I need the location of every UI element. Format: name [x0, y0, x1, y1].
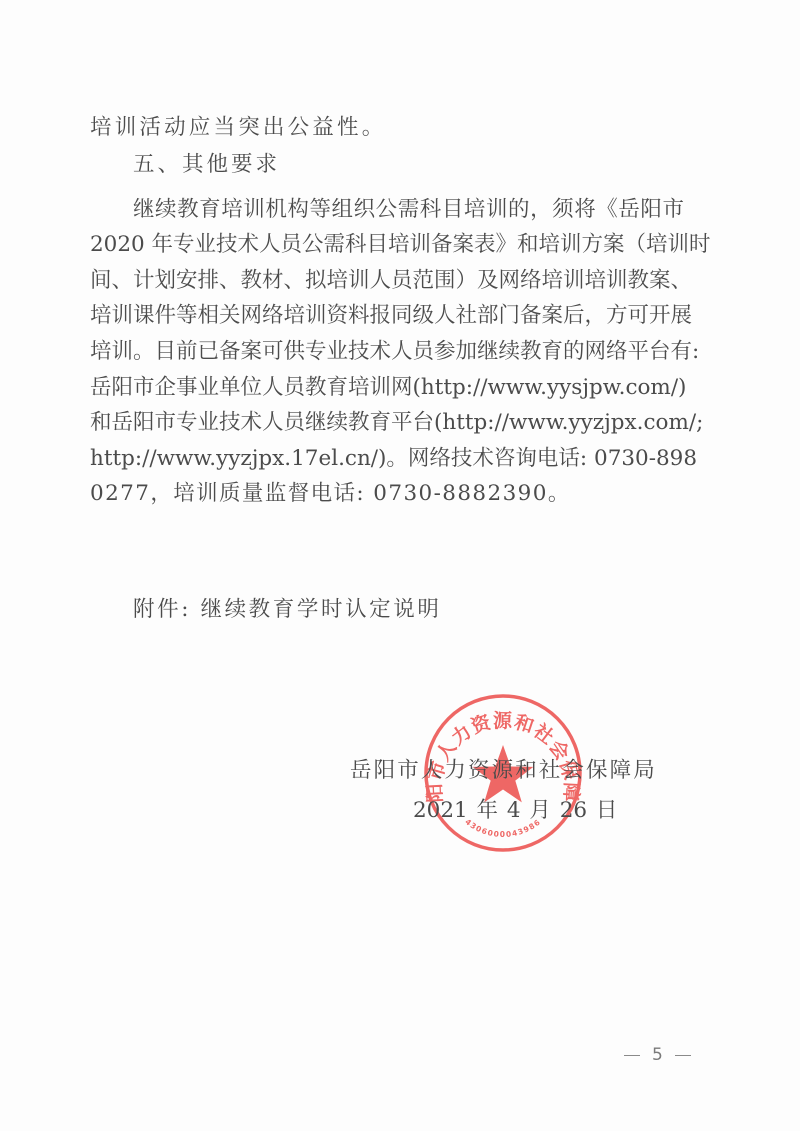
body-line: 和岳阳市专业技术人员继续教育平台(http://www.yyzjpx.com/; — [90, 409, 684, 437]
body-line: 0277，培训质量监督电话: 0730-8882390。 — [90, 480, 684, 508]
dash-icon — [675, 1055, 691, 1056]
body-line: 继续教育培训机构等组织公需科目培训的，须将《岳阳市 — [133, 196, 684, 224]
dash-icon — [624, 1055, 640, 1056]
paragraph-tail: 培训活动应当突出公益性。 — [90, 114, 684, 142]
issue-date: 2021 年 4 月 26 日 — [413, 797, 617, 825]
page-number-value: 5 — [652, 1045, 663, 1065]
body-line: 间、计划安排、教材、拟培训人员范围）及网络培训培训教案、 — [90, 267, 684, 295]
body-line: 培训。目前已备案可供专业技术人员参加继续教育的网络平台有: — [90, 338, 684, 366]
body-line: http://www.yyzjpx.17el.cn/)。网络技术咨询电话: 07… — [90, 445, 684, 473]
document-page: 培训活动应当突出公益性。 五、其他要求 继续教育培训机构等组织公需科目培训的，须… — [0, 0, 800, 1131]
body-line: 2020 年专业技术人员公需科目培训备案表》和培训方案（培训时 — [90, 231, 684, 259]
page-number: 5 — [612, 1043, 703, 1067]
issuing-organization: 岳阳市人力资源和社会保障局 — [350, 757, 657, 785]
body-line: 培训课件等相关网络培训资料报同级人社部门备案后，方可开展 — [90, 302, 684, 330]
attachment-note: 附件: 继续教育学时认定说明 — [133, 596, 441, 624]
section-heading: 五、其他要求 — [133, 151, 280, 179]
body-line: 岳阳市企事业单位人员教育培训网(http://www.yysjpw.com/) — [90, 374, 684, 402]
